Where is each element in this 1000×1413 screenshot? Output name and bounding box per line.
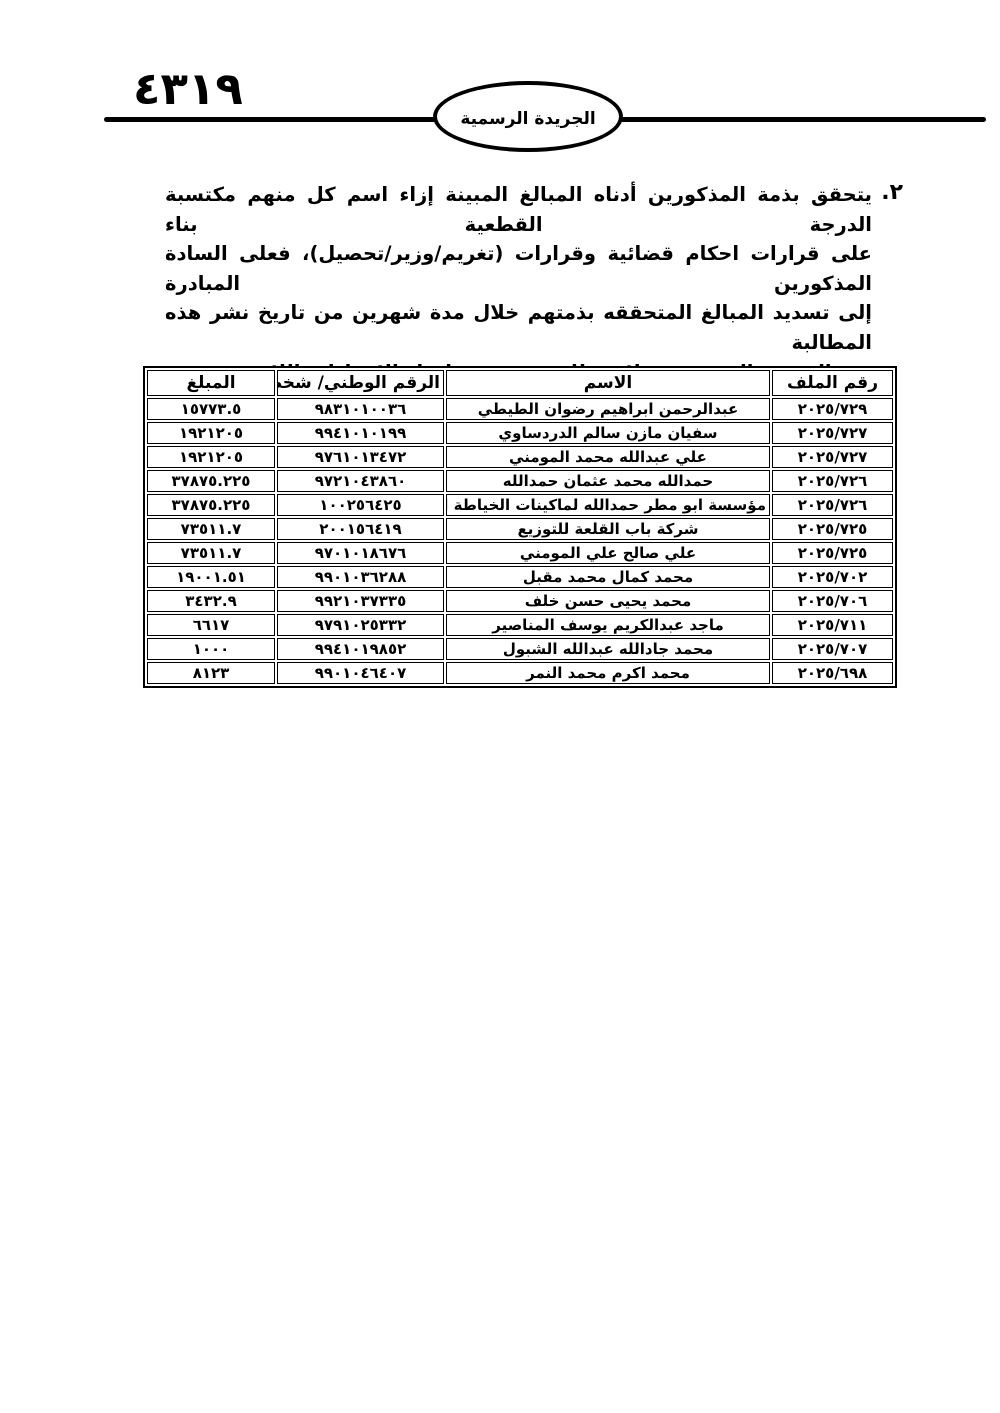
cell-name: علي عبدالله محمد المومني bbox=[446, 446, 770, 468]
cell-amount: ٧٣٥١١.٧ bbox=[147, 542, 275, 564]
table-header-row: رقم الملف الاسم الرقم الوطني/ شخصي المبل… bbox=[147, 370, 893, 396]
table-row: ٢٠٢٥/٦٩٨ محمد اكرم محمد النمر ٩٩٠١٠٤٦٤٠٧… bbox=[147, 662, 893, 684]
table-row: ٢٠٢٥/٧٢٧ سفيان مازن سالم الدردساوي ٩٩٤١٠… bbox=[147, 422, 893, 444]
claims-table: رقم الملف الاسم الرقم الوطني/ شخصي المبل… bbox=[143, 366, 897, 688]
gazette-title: الجريدة الرسمية bbox=[460, 105, 595, 129]
cell-name: محمد يحيى حسن خلف bbox=[446, 590, 770, 612]
cell-amount: ١٩٠٠١.٥١ bbox=[147, 566, 275, 588]
col-header-name: الاسم bbox=[446, 370, 770, 396]
gazette-seal: الجريدة الرسمية bbox=[433, 81, 623, 152]
cell-name: مؤسسة ابو مطر حمدالله لماكينات الخياطة ا… bbox=[446, 494, 770, 516]
table-row: ٢٠٢٥/٧٢٧ علي عبدالله محمد المومني ٩٧٦١٠١… bbox=[147, 446, 893, 468]
table-row: ٢٠٢٥/٧٠٧ محمد جادالله عبدالله الشبول ٩٩٤… bbox=[147, 638, 893, 660]
cell-name: محمد جادالله عبدالله الشبول bbox=[446, 638, 770, 660]
table-row: ٢٠٢٥/٧٢٦ حمدالله محمد عثمان حمدالله ٩٧٢١… bbox=[147, 470, 893, 492]
col-header-amount: المبلغ bbox=[147, 370, 275, 396]
cell-file-number: ٢٠٢٥/٧٢٩ bbox=[772, 398, 893, 420]
cell-name: محمد اكرم محمد النمر bbox=[446, 662, 770, 684]
table-row: ٢٠٢٥/٧٢٦ مؤسسة ابو مطر حمدالله لماكينات … bbox=[147, 494, 893, 516]
cell-amount: ١٩٢١٢٠٥ bbox=[147, 446, 275, 468]
cell-name: سفيان مازن سالم الدردساوي bbox=[446, 422, 770, 444]
cell-name: ماجد عبدالكريم يوسف المناصير bbox=[446, 614, 770, 636]
table-row: ٢٠٢٥/٧٢٩ عبدالرحمن ابراهيم رضوان الطيطي … bbox=[147, 398, 893, 420]
notice-line: على قرارات احكام قضائية وقرارات (تغريم/و… bbox=[165, 239, 872, 298]
cell-amount: ١٩٢١٢٠٥ bbox=[147, 422, 275, 444]
cell-amount: ٧٣٥١١.٧ bbox=[147, 518, 275, 540]
cell-national-id: ٩٩٢١٠٣٧٣٣٥ bbox=[277, 590, 444, 612]
cell-name: شركة باب القلعة للتوزيع bbox=[446, 518, 770, 540]
item-number: ٢. bbox=[881, 178, 903, 208]
cell-national-id: ٩٩٤١٠١٩٨٥٢ bbox=[277, 638, 444, 660]
cell-national-id: ٩٧٠١٠١٨٦٧٦ bbox=[277, 542, 444, 564]
cell-national-id: ٩٩٠١٠٤٦٤٠٧ bbox=[277, 662, 444, 684]
cell-file-number: ٢٠٢٥/٧٢٥ bbox=[772, 518, 893, 540]
cell-file-number: ٢٠٢٥/٧٠٧ bbox=[772, 638, 893, 660]
cell-file-number: ٢٠٢٥/٧٠٢ bbox=[772, 566, 893, 588]
cell-file-number: ٢٠٢٥/٧١١ bbox=[772, 614, 893, 636]
cell-name: عبدالرحمن ابراهيم رضوان الطيطي bbox=[446, 398, 770, 420]
cell-national-id: ١٠٠٢٥٦٤٢٥ bbox=[277, 494, 444, 516]
cell-amount: ٣٧٨٧٥.٢٢٥ bbox=[147, 494, 275, 516]
table-row: ٢٠٢٥/٧٠٦ محمد يحيى حسن خلف ٩٩٢١٠٣٧٣٣٥ ٣٤… bbox=[147, 590, 893, 612]
cell-national-id: ٩٨٣١٠١٠٠٣٦ bbox=[277, 398, 444, 420]
cell-amount: ٨١٢٣ bbox=[147, 662, 275, 684]
cell-amount: ١٠٠٠ bbox=[147, 638, 275, 660]
cell-amount: ١٥٧٧٣.٥ bbox=[147, 398, 275, 420]
cell-national-id: ٩٩٠١٠٣٦٢٨٨ bbox=[277, 566, 444, 588]
cell-file-number: ٢٠٢٥/٧٢٥ bbox=[772, 542, 893, 564]
cell-national-id: ٩٧٩١٠٢٥٣٣٢ bbox=[277, 614, 444, 636]
cell-amount: ٣٤٣٢.٩ bbox=[147, 590, 275, 612]
cell-amount: ٣٧٨٧٥.٢٢٥ bbox=[147, 470, 275, 492]
cell-file-number: ٢٠٢٥/٧٢٧ bbox=[772, 446, 893, 468]
cell-national-id: ٩٩٤١٠١٠١٩٩ bbox=[277, 422, 444, 444]
notice-line: إلى تسديد المبالغ المتحققه بذمتهم خلال م… bbox=[165, 298, 872, 357]
gazette-page: ٤٣١٩ الجريدة الرسمية ٢. يتحقق بذمة المذك… bbox=[0, 0, 1000, 1413]
notice-line: يتحقق بذمة المذكورين أدناه المبالغ المبي… bbox=[165, 180, 872, 239]
table-row: ٢٠٢٥/٧٠٢ محمد كمال محمد مقبل ٩٩٠١٠٣٦٢٨٨ … bbox=[147, 566, 893, 588]
page-number: ٤٣١٩ bbox=[133, 62, 243, 115]
col-header-file-number: رقم الملف bbox=[772, 370, 893, 396]
cell-file-number: ٢٠٢٥/٧٠٦ bbox=[772, 590, 893, 612]
cell-file-number: ٢٠٢٥/٧٢٦ bbox=[772, 494, 893, 516]
claims-table-container: رقم الملف الاسم الرقم الوطني/ شخصي المبل… bbox=[143, 366, 895, 688]
cell-file-number: ٢٠٢٥/٧٢٦ bbox=[772, 470, 893, 492]
table-row: ٢٠٢٥/٧٢٥ علي صالح علي المومني ٩٧٠١٠١٨٦٧٦… bbox=[147, 542, 893, 564]
table-row: ٢٠٢٥/٧١١ ماجد عبدالكريم يوسف المناصير ٩٧… bbox=[147, 614, 893, 636]
cell-national-id: ٩٧٢١٠٤٣٨٦٠ bbox=[277, 470, 444, 492]
cell-amount: ٦٦١٧ bbox=[147, 614, 275, 636]
cell-file-number: ٢٠٢٥/٦٩٨ bbox=[772, 662, 893, 684]
cell-national-id: ٢٠٠١٥٦٤١٩ bbox=[277, 518, 444, 540]
col-header-national-id: الرقم الوطني/ شخصي bbox=[277, 370, 444, 396]
table-row: ٢٠٢٥/٧٢٥ شركة باب القلعة للتوزيع ٢٠٠١٥٦٤… bbox=[147, 518, 893, 540]
cell-name: حمدالله محمد عثمان حمدالله bbox=[446, 470, 770, 492]
cell-name: محمد كمال محمد مقبل bbox=[446, 566, 770, 588]
cell-name: علي صالح علي المومني bbox=[446, 542, 770, 564]
cell-national-id: ٩٧٦١٠١٣٤٧٢ bbox=[277, 446, 444, 468]
cell-file-number: ٢٠٢٥/٧٢٧ bbox=[772, 422, 893, 444]
